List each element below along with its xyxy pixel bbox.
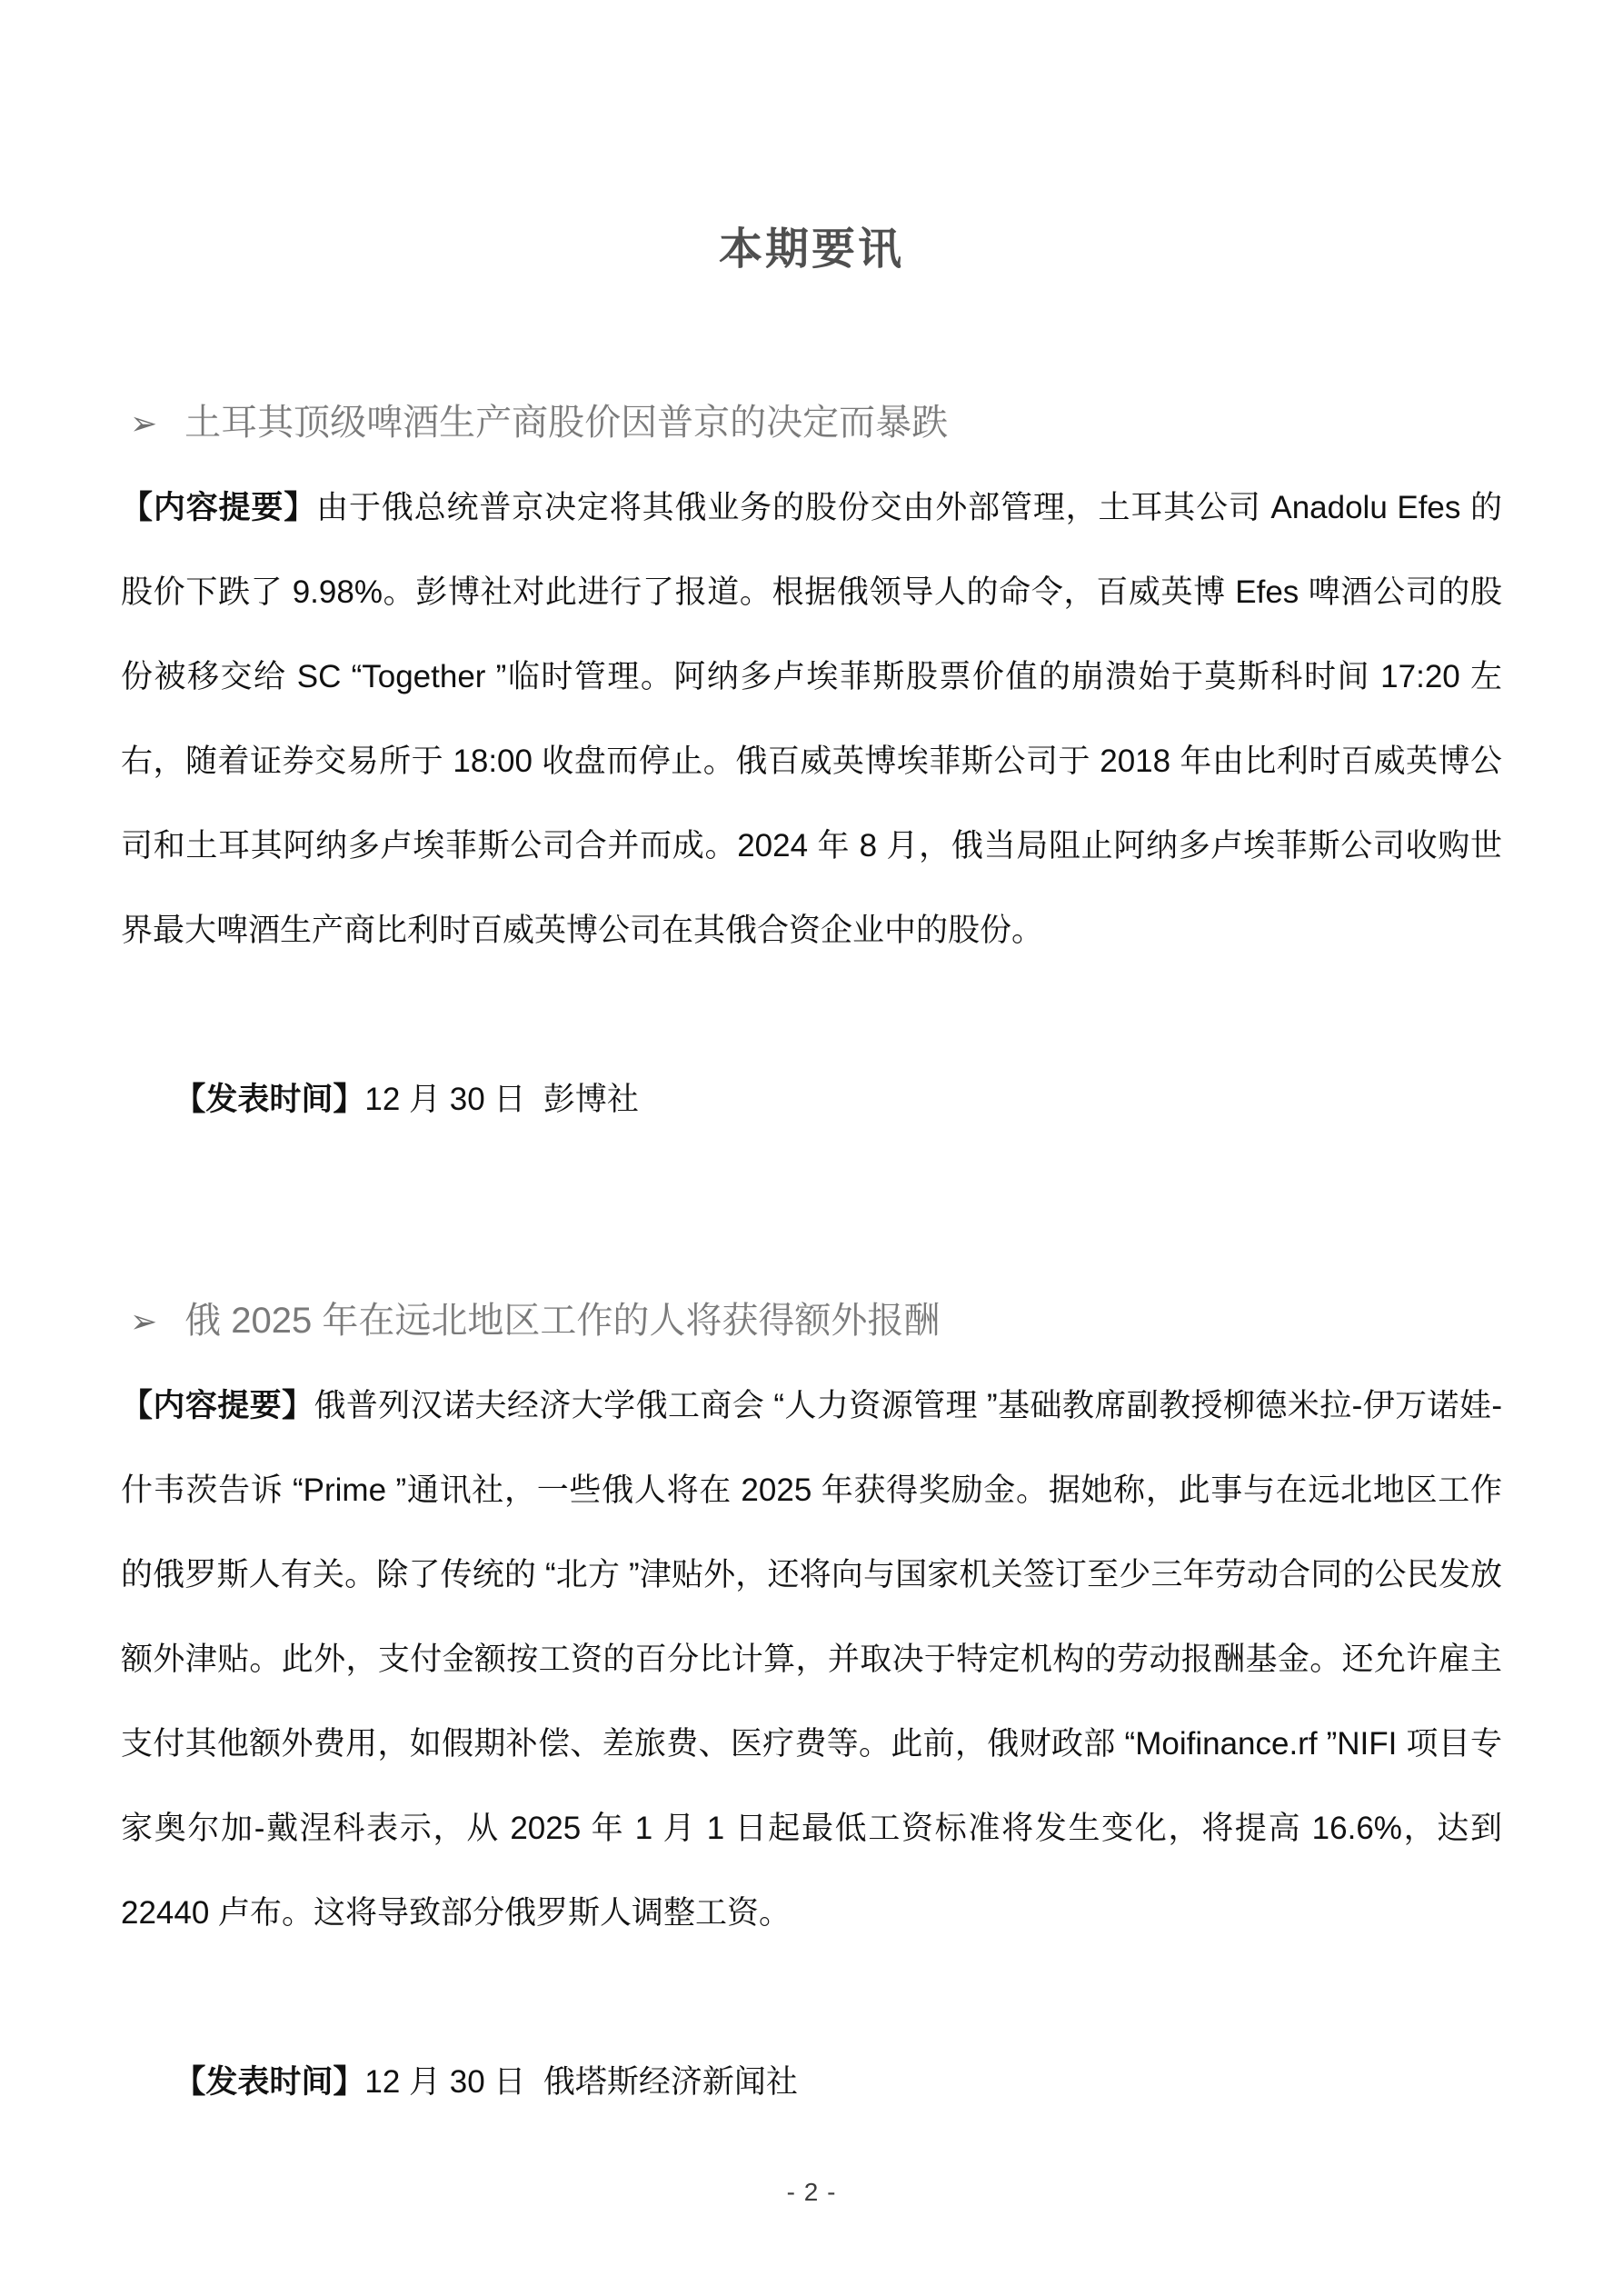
summary-label: 【内容提要】 <box>121 490 316 525</box>
arrowhead-bullet-icon: ➢ <box>130 398 157 449</box>
news-item-1-published: 【发表时间】12 月 30 日 彭博社 <box>121 973 1502 1226</box>
summary-label: 【内容提要】 <box>121 1388 314 1423</box>
summary-text: 由于俄总统普京决定将其俄业务的股份交由外部管理，土耳其公司 Anadolu Ef… <box>121 490 1502 948</box>
news-item-2-heading: ➢ 俄 2025 年在远北地区工作的人将获得额外报酬 <box>121 1295 1502 1347</box>
published-text: 12 月 30 日 俄塔斯经济新闻社 <box>364 2064 797 2100</box>
summary-text: 俄普列汉诺夫经济大学俄工商会 “人力资源管理 ”基础教席副教授柳德米拉-伊万诺娃… <box>121 1388 1502 1931</box>
arrowhead-bullet-icon: ➢ <box>130 1296 157 1347</box>
news-item-1-heading-text: 土耳其顶级啤酒生产商股价因普京的决定而暴跌 <box>184 397 948 448</box>
page-number: - 2 - <box>0 2178 1623 2207</box>
news-item-1: ➢ 土耳其顶级啤酒生产商股价因普京的决定而暴跌 【内容提要】由于俄总统普京决定将… <box>121 397 1502 1226</box>
news-item-2-heading-text: 俄 2025 年在远北地区工作的人将获得额外报酬 <box>184 1295 940 1346</box>
page-title: 本期要讯 <box>121 223 1502 277</box>
published-label: 【发表时间】 <box>174 1082 364 1117</box>
news-item-2-published: 【发表时间】12 月 30 日 俄塔斯经济新闻社 <box>121 1955 1502 2209</box>
news-item-1-heading: ➢ 土耳其顶级啤酒生产商股价因普京的决定而暴跌 <box>121 397 1502 449</box>
document-page: 本期要讯 ➢ 土耳其顶级啤酒生产商股价因普京的决定而暴跌 【内容提要】由于俄总统… <box>0 0 1623 2296</box>
published-label: 【发表时间】 <box>174 2064 364 2100</box>
news-item-1-summary: 【内容提要】由于俄总统普京决定将其俄业务的股份交由外部管理，土耳其公司 Anad… <box>121 465 1502 973</box>
news-item-2: ➢ 俄 2025 年在远北地区工作的人将获得额外报酬 【内容提要】俄普列汉诺夫经… <box>121 1295 1502 2209</box>
published-text: 12 月 30 日 彭博社 <box>364 1082 638 1117</box>
news-item-2-summary: 【内容提要】俄普列汉诺夫经济大学俄工商会 “人力资源管理 ”基础教席副教授柳德米… <box>121 1363 1502 1955</box>
